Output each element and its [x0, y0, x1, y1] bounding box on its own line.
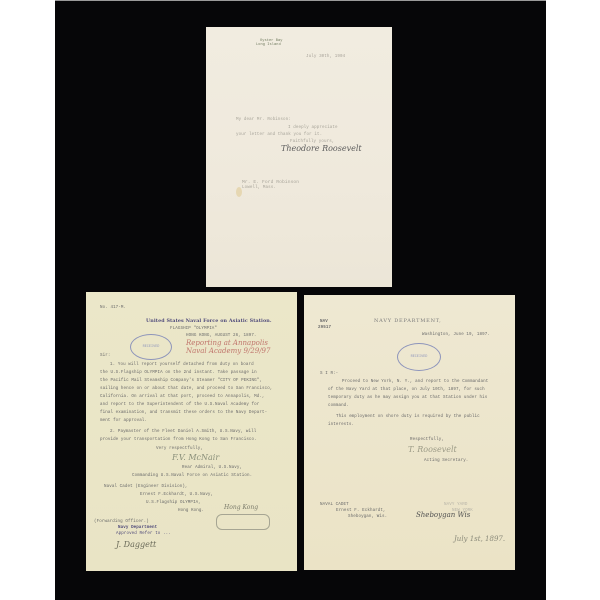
paragraph-line: Proceed to New York, N. Y., and report t… — [342, 380, 488, 385]
paragraph-line: This employment on shore duty is require… — [336, 415, 480, 420]
endorsement-signature: Hong Kong — [224, 504, 258, 511]
endorsement-stamp — [216, 514, 270, 530]
paragraph-line: of the Navy Yard at that place, on July … — [328, 388, 485, 393]
addressee-line: Hong Kong. — [178, 509, 204, 514]
paragraph-line: 1. You will report yourself detached fro… — [110, 363, 254, 368]
handwritten-date: July 1st, 1897. — [454, 535, 505, 543]
paragraph-line: sailing hence on or about that date, and… — [100, 387, 272, 392]
paragraph-line: the Pacific Mail Steamship Company's Ste… — [100, 379, 262, 384]
signer-title: Commanding U.S.Naval Force on Asiatic St… — [132, 474, 252, 479]
paragraph-line: provide your transportation from Hong Ko… — [100, 438, 257, 443]
closing: Very respectfully, — [156, 447, 203, 452]
letter-roosevelt-1904: Oyster Bay Long Island July 30th, 1904 M… — [206, 27, 392, 287]
recipient-line: Lowell, Mass. — [242, 186, 276, 191]
footer-line: (Forwarding Officer.) — [94, 520, 149, 525]
paragraph-line: and report to the Superintendent of the … — [100, 403, 259, 408]
closing: Respectfully, — [410, 438, 444, 443]
letterhead: NAVY DEPARTMENT, — [374, 319, 442, 324]
recipient-line: Mr. E. Ford Robinson — [242, 180, 299, 185]
salutation: My dear Mr. Robinson: — [236, 118, 291, 123]
letter-asiatic-station-1897: No. 417-M. United States Naval Force on … — [86, 292, 297, 571]
paragraph-line: 2. Paymaster of the Fleet Daniel A.Smith… — [110, 430, 256, 435]
received-stamp: RECEIVED — [130, 334, 172, 360]
signature: F.V. McNair — [172, 453, 219, 462]
paragraph-line: ment for approval. — [100, 419, 147, 424]
paragraph-line: command. — [328, 404, 349, 409]
signer-title: Acting Secretary. — [424, 459, 468, 464]
body-line: I deeply appreciate — [288, 126, 338, 131]
salutation: S I R:- — [320, 372, 338, 377]
handwritten-note: Naval Academy 9/29/97 — [186, 347, 270, 355]
letterhead-line: Long Island — [256, 43, 281, 48]
addressee-line: Ernest F. Eckhardt, — [336, 509, 386, 514]
handwritten-note: Reporting at Annapolis — [186, 339, 268, 347]
addressee-line: Naval Cadet (Engineer Division), — [104, 485, 188, 490]
addressee-line: U.S.Flagship OLYMPIA, — [146, 501, 201, 506]
letter-navy-department-1897: NAV 29517 NAVY DEPARTMENT, Washington, J… — [304, 295, 515, 570]
faint-stamp-line: NAVY YARD — [444, 503, 468, 508]
flagship-name: FLAGSHIP "OLYMPIA" — [170, 327, 217, 332]
file-number: NAV — [320, 320, 328, 325]
approval-signature: J. Daggett — [116, 540, 156, 549]
footer-line: Navy Department — [118, 526, 157, 531]
paper-stain — [236, 187, 242, 197]
paragraph-line: final examination, and transmit these or… — [100, 411, 267, 416]
paragraph-line: temporary duty as he may assign you at t… — [328, 396, 487, 401]
letter-date: July 30th, 1904 — [306, 55, 345, 60]
signature: T. Roosevelt — [408, 445, 457, 454]
place-date: Washington, June 19, 1897. — [422, 333, 490, 338]
salutation: Sir: — [100, 354, 110, 359]
paragraph-line: interests. — [328, 423, 354, 428]
addressee-line: Sheboygan, Wis. — [348, 515, 387, 520]
handwritten-location: Sheboygan Wis — [416, 511, 470, 519]
reference-number: No. 417-M. — [100, 306, 126, 311]
body-line: your letter and thank you for it. — [236, 133, 322, 138]
addressee-line: Ernest F.Eckhardt, U.S.Navy, — [140, 493, 213, 498]
received-stamp: RECEIVED — [397, 343, 441, 371]
signature: Theodore Roosevelt — [281, 144, 362, 153]
paragraph-line: the U.S.Flagship OLYMPIA on the 2nd inst… — [100, 371, 257, 376]
signer-title: Rear Admiral, U.S.Navy, — [182, 466, 242, 471]
addressee-line: NAVAL CADET — [320, 503, 349, 508]
letterhead: United States Naval Force on Asiatic Sta… — [146, 319, 272, 324]
file-number: 29517 — [318, 326, 331, 331]
footer-line: Approved Refer to ... — [116, 532, 171, 537]
paragraph-line: California. On arrival at that port, pro… — [100, 395, 265, 400]
